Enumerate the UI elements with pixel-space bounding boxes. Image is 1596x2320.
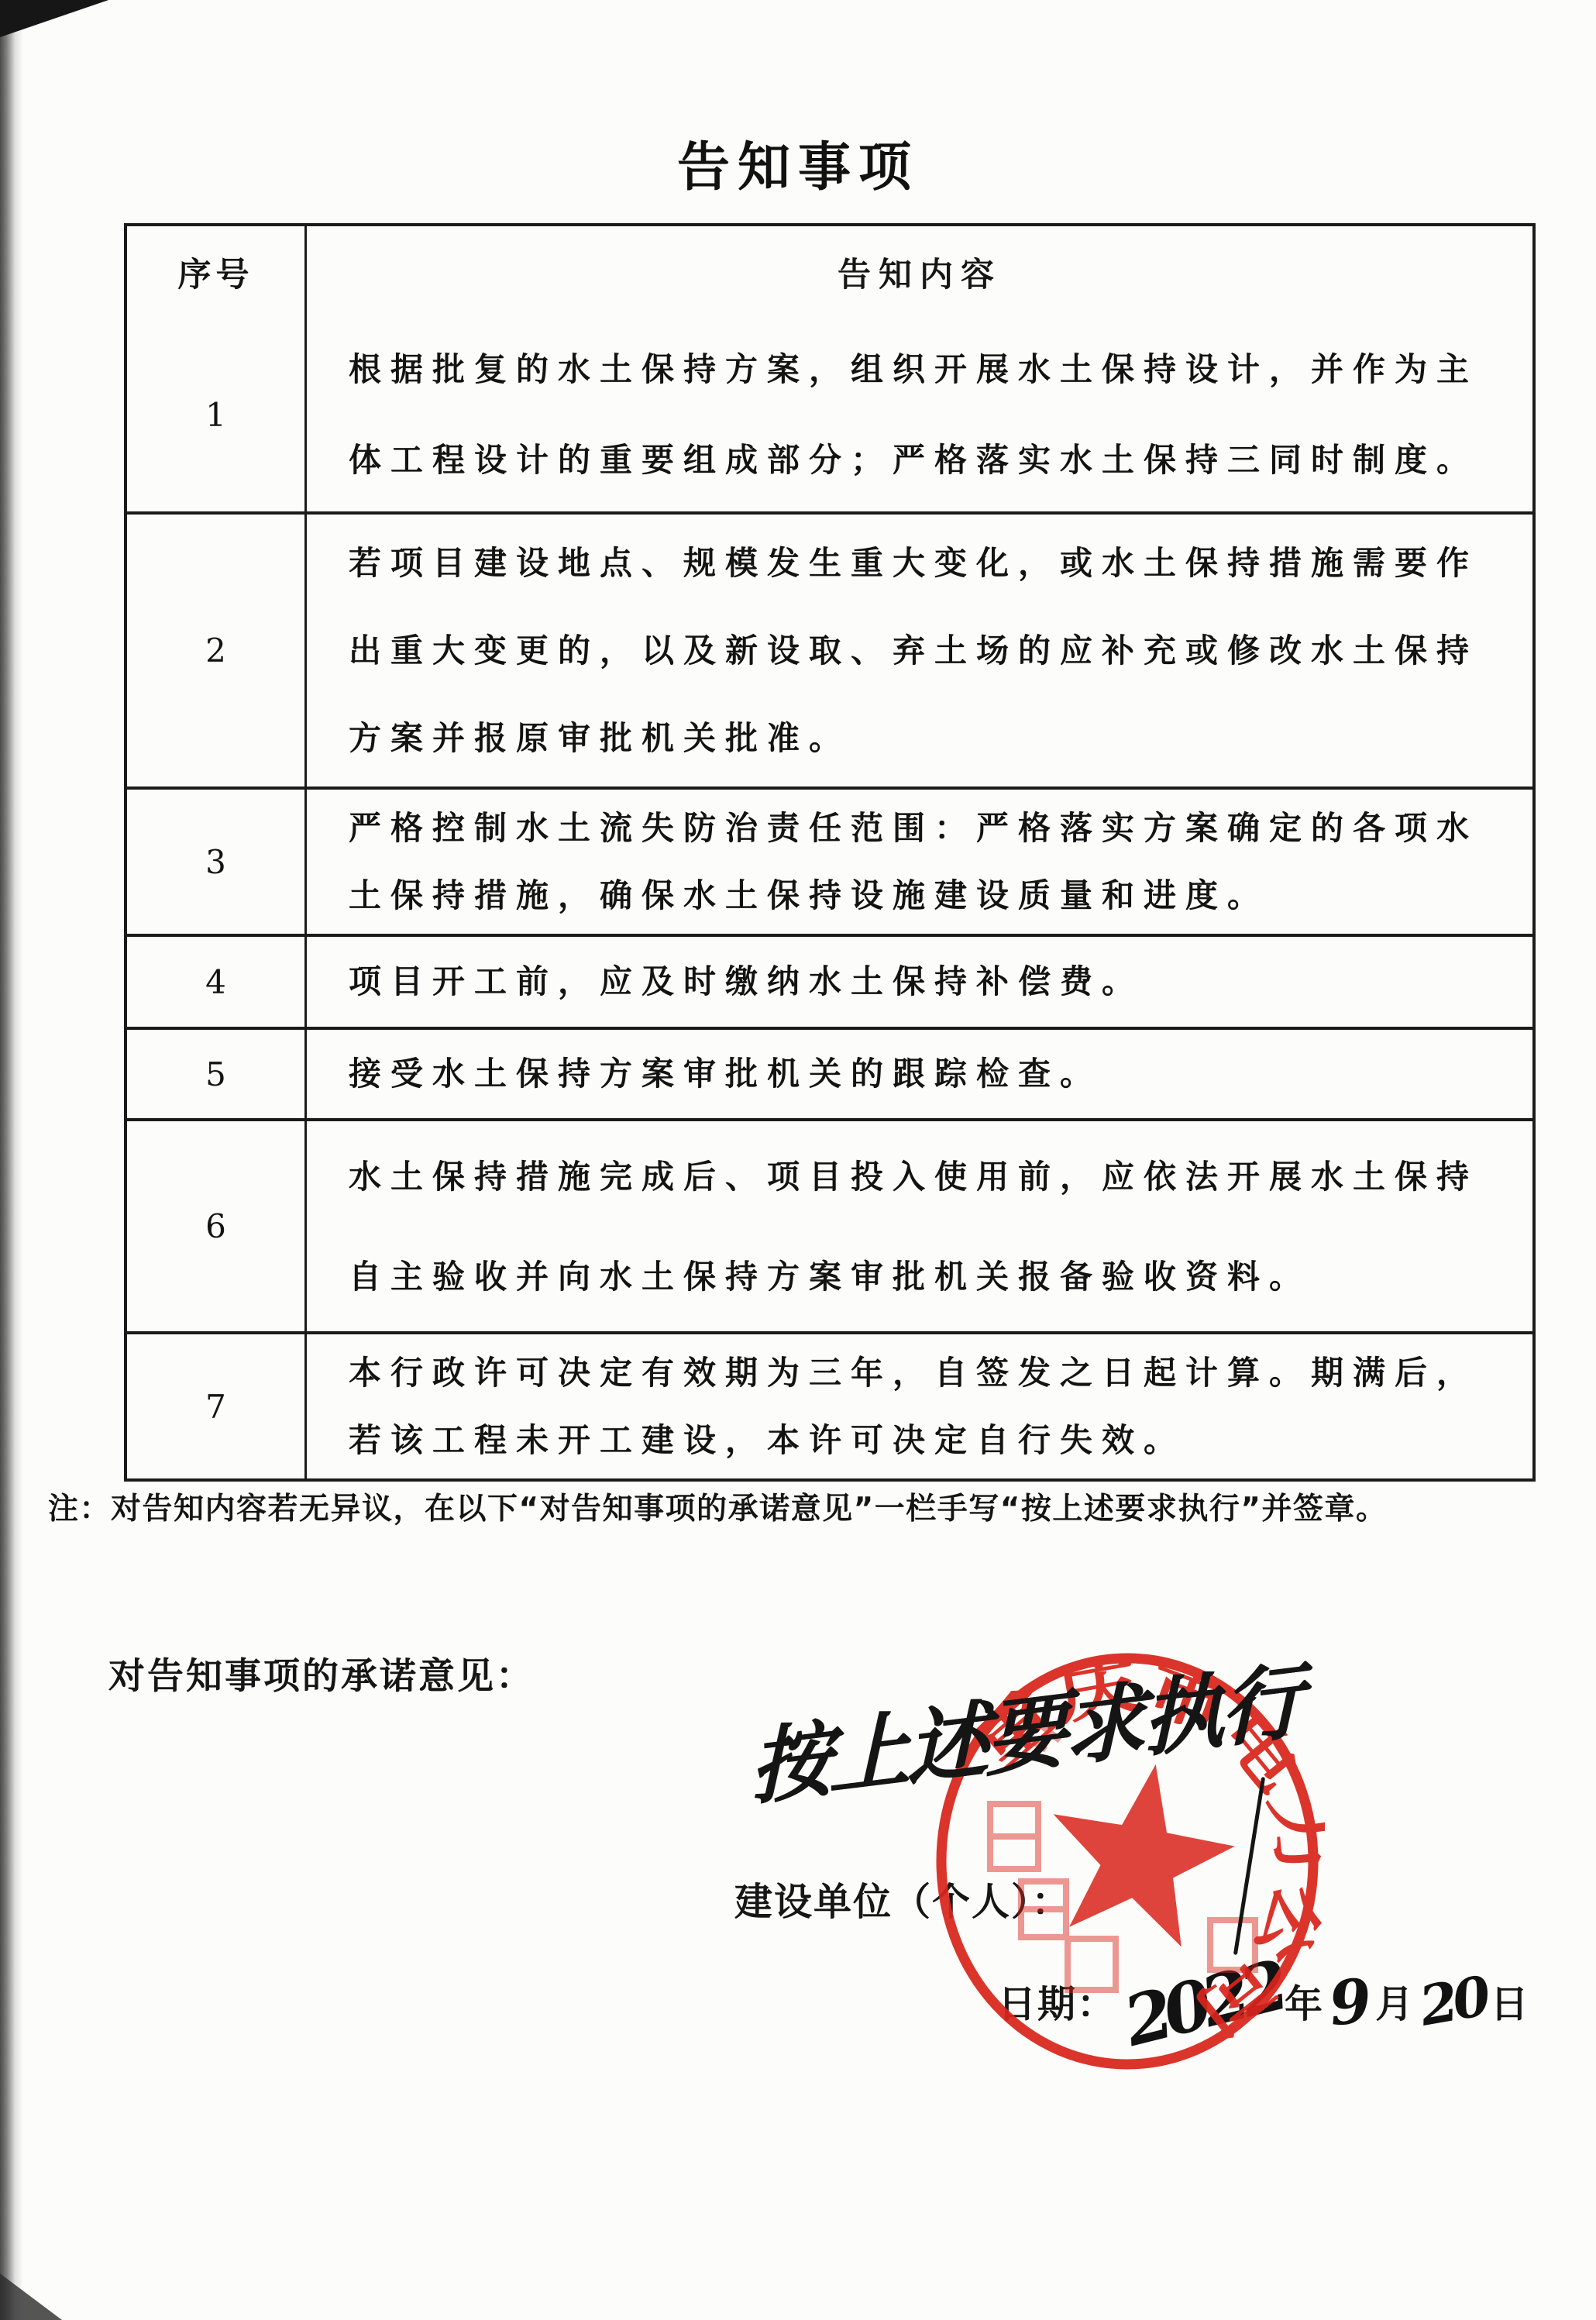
scan-corner-top-left [0,0,108,37]
scan-corner-bottom-left [0,2274,62,2320]
handwritten-month: 9 [1326,1965,1374,2039]
table-row: 5 接受水土保持方案审批机关的跟踪检查。 [127,1027,1532,1118]
row-notice-content: 水土保持措施完成后、项目投入使用前，应依法开展水土保持 自主验收并向水土保持方案… [349,1127,1478,1327]
table-body: 1 根据批复的水土保持方案，组织开展水土保持设计，并作为主 体工程设计的重要组成… [127,318,1532,1478]
table-row: 1 根据批复的水土保持方案，组织开展水土保持设计，并作为主 体工程设计的重要组成… [127,318,1532,511]
row-notice-content: 本行政许可决定有效期为三年，自签发之日起计算。期满后， 若该工程未开工建设，本许… [349,1339,1478,1474]
row-notice-content: 根据批复的水土保持方案，组织开展水土保持设计，并作为主 体工程设计的重要组成部分… [349,324,1478,505]
footnote: 注：对告知内容若无异议，在以下“对告知事项的承诺意见”一栏手写“按上述要求执行”… [48,1485,1551,1528]
page-title: 告知事项 [0,126,1596,201]
row-notice-content: 项目开工前，应及时缴纳水土保持补偿费。 [349,941,1144,1022]
row-serial-number: 4 [127,937,307,1027]
table-header-row: 序号 告知内容 [127,226,1532,318]
handwritten-day: 20 [1415,1964,1491,2039]
row-serial-number: 1 [127,318,307,511]
header-serial-number: 序号 [127,226,307,318]
row-serial-number: 7 [127,1334,307,1478]
commitment-opinion-label: 对告知事项的承诺意见： [108,1647,535,1699]
table-row: 6 水土保持措施完成后、项目投入使用前，应依法开展水土保持 自主验收并向水土保持… [127,1118,1532,1331]
scanned-page: 告知事项 序号 告知内容 1 根据批复的水土保持方案，组织开展水土保持设计，并作… [0,0,1596,2320]
row-serial-number: 2 [127,515,307,787]
table-row: 2 若项目建设地点、规模发生重大变化，或水土保持措施需要作 出重大变更的，以及新… [127,511,1532,787]
scan-edge-shadow [0,0,23,2320]
table-row: 4 项目开工前，应及时缴纳水土保持补偿费。 [127,934,1532,1027]
row-notice-content: 若项目建设地点、规模发生重大变化，或水土保持措施需要作 出重大变更的，以及新设取… [349,519,1478,782]
day-unit: 日 [1491,1974,1530,2029]
row-serial-number: 5 [127,1030,307,1118]
notice-table: 序号 告知内容 1 根据批复的水土保持方案，组织开展水土保持设计，并作为主 体工… [124,223,1536,1482]
table-row: 7 本行政许可决定有效期为三年，自签发之日起计算。期满后， 若该工程未开工建设，… [127,1331,1532,1478]
row-notice-content: 严格控制水土流失防治责任范围：严格落实方案确定的各项水 土保持措施，确保水土保持… [349,794,1478,929]
table-row: 3 严格控制水土流失防治责任范围：严格落实方案确定的各项水 土保持措施，确保水土… [127,787,1532,934]
month-unit: 月 [1375,1974,1415,2029]
row-notice-content: 接受水土保持方案审批机关的跟踪检查。 [349,1034,1102,1114]
row-serial-number: 3 [127,790,307,934]
row-serial-number: 6 [127,1121,307,1331]
header-notice-content: 告知内容 [838,249,1002,296]
